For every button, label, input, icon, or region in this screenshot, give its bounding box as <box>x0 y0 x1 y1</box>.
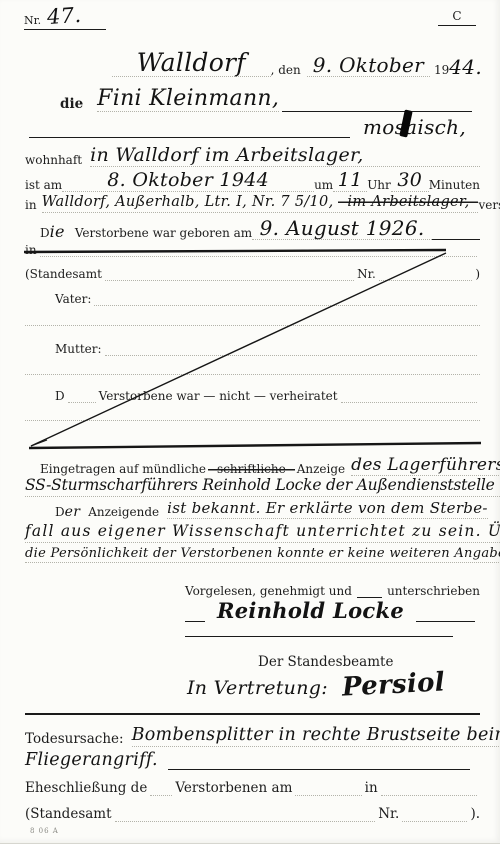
marriage-fill-2 <box>295 792 361 796</box>
registry-fill-2 <box>379 277 472 281</box>
father-row: Vater: <box>55 293 480 306</box>
mother-fill <box>105 352 477 356</box>
cause-handwritten-2: Fliegerangriff. <box>25 752 158 770</box>
marriage-fill-1 <box>150 792 172 796</box>
marital-status-line: D Verstorbene war — nicht — verheiratet <box>55 390 480 403</box>
corner-letter-text: C <box>452 9 461 23</box>
um-label: um <box>314 179 333 192</box>
death-place-line: in Walldorf, Außerhalb, Ltr. I, Nr. 7 5/… <box>25 195 480 213</box>
religion-entry: mosaisch, <box>353 117 476 138</box>
religion-line-rule <box>29 134 350 138</box>
mother-extra-line <box>25 374 480 375</box>
marital-d-printed: D <box>55 390 65 403</box>
registry-ref-line: (Standesamt Nr. ) <box>25 268 480 281</box>
unterschrieben-label: unterschrieben <box>387 585 480 598</box>
marriage-registry-line: (Standesamt Nr. ). <box>25 807 480 822</box>
father-extra-line <box>25 325 480 326</box>
sig-rule-left <box>185 618 205 622</box>
informant-statement-line-2: fall aus eigener Wissenschaft unterricht… <box>25 524 480 543</box>
in-label: in <box>25 199 37 212</box>
sig-rule-right <box>416 618 475 622</box>
anzeigende-d-printed: D <box>55 506 65 519</box>
geboren-label: Verstorbene war geboren am <box>75 227 252 240</box>
registrar-title-line: Der Standesbeamte <box>258 655 393 670</box>
registrar-signature-line: In Vertretung: Persiol <box>187 672 480 698</box>
religion-text: mosaisch, <box>363 115 466 139</box>
deceased-name-line: die Fini Kleinmann, <box>60 88 475 112</box>
death-place-handwritten: Walldorf, Außerhalb, Ltr. I, Nr. 7 5/10,… <box>42 195 479 213</box>
ist-am-label: ist am <box>25 179 62 192</box>
marriage-fill-3 <box>381 792 477 796</box>
registration-notice-line: Eingetragen auf mündliche schriftliche A… <box>40 457 480 476</box>
registry-fill-1 <box>105 277 354 281</box>
schriftliche-struck: schriftliche <box>208 463 295 476</box>
marital-fill-1 <box>68 399 96 403</box>
death-place-text: Walldorf, Außerhalb, Ltr. I, Nr. 7 5/10, <box>42 194 334 210</box>
informant-statement-line-3: die Persönlichkeit der Verstorbenen konn… <box>25 547 483 563</box>
marriage-in-label: in <box>365 781 378 796</box>
standesamt-label: (Standesamt <box>25 268 102 281</box>
corner-letter: C <box>438 10 476 26</box>
section-divider-rule <box>29 443 481 448</box>
eheschliessung-label: Eheschließung de <box>25 781 147 796</box>
article-die: die <box>60 97 83 112</box>
informant-name-handwritten: SS-Sturmscharführers Reinhold Locke der … <box>25 478 500 497</box>
form-code-text: 8 06 A <box>30 827 59 835</box>
death-time-line: ist am 8. Oktober 1944 um 11 Uhr 30 Minu… <box>25 171 480 192</box>
informant-signature-line: Reinhold Locke <box>185 600 475 622</box>
standesbeamte-title: Der Standesbeamte <box>258 655 393 670</box>
death-hour: 11 <box>333 171 367 192</box>
vorgelesen-label: Vorgelesen, genehmigt und <box>185 585 352 598</box>
death-minute: 30 <box>391 171 429 192</box>
mutter-label: Mutter: <box>55 343 102 356</box>
registry-nr-label: Nr. <box>357 268 376 281</box>
registrar-section-rule <box>185 636 453 637</box>
informant-role-handwritten: des Lagerführers <box>351 457 500 476</box>
certificate-number: Nr. 47. <box>24 6 106 30</box>
death-certificate-scan: Nr. 47. C Walldorf , den 9. Oktober 19 4… <box>0 0 500 844</box>
marriage-registry-fill-2 <box>402 818 467 822</box>
mother-row: Mutter: <box>55 343 480 356</box>
cause-handwritten-1: Bombensplitter in rechte Brustseite beim <box>132 727 500 747</box>
marital-extra-line <box>25 420 480 421</box>
anzeigende-label: Anzeigende <box>88 506 159 519</box>
form-code: 8 06 A <box>30 827 59 835</box>
religion-line: mosaisch, <box>26 117 476 138</box>
statement-handwritten-1: ist bekannt. Er erklärte von dem Sterbe- <box>167 501 488 519</box>
uhr-label: Uhr <box>367 179 391 192</box>
place-handwritten: Walldorf <box>112 50 271 77</box>
marriage-registry-fill-1 <box>115 818 376 822</box>
birth-date-handwritten: 9. August 1926. <box>252 218 432 240</box>
marriage-registry-close: ). <box>470 807 480 822</box>
informant-signature: Reinhold Locke <box>209 600 412 622</box>
verstorben-label: verstorben. <box>478 199 500 212</box>
death-date-handwritten: 8. Oktober 1944 <box>62 171 314 192</box>
strike-arrow-tick <box>31 440 47 446</box>
residence-handwritten: in Walldorf im Arbeitslager, <box>90 146 480 167</box>
approval-line: Vorgelesen, genehmigt und unterschrieben <box>185 585 480 598</box>
in-vertretung-handwritten: In Vertretung: <box>187 679 328 698</box>
registrar-signature: Persiol <box>341 669 445 700</box>
anzeigende-er-handwritten: er <box>65 505 81 519</box>
nr-label: Nr. <box>24 15 41 27</box>
d-printed: D <box>40 227 50 240</box>
birthplace-in-label: in <box>25 244 37 257</box>
ie-handwritten: ie <box>50 224 65 240</box>
death-place-struck: im Arbeitslager, <box>338 194 478 210</box>
marriage-line: Eheschließung de Verstorbenen am in <box>25 781 480 796</box>
birthplace-fill <box>40 253 477 257</box>
anzeige-label: Anzeige <box>297 463 345 476</box>
birthplace-line: in <box>25 244 480 257</box>
informant-name-line: SS-Sturmscharführers Reinhold Locke der … <box>25 478 483 497</box>
date-line: Walldorf , den 9. Oktober 19 44. <box>112 50 482 77</box>
father-fill <box>94 302 477 306</box>
cause-of-death-line-1: Todesursache: Bombensplitter in rechte B… <box>25 727 477 747</box>
todesursache-label: Todesursache: <box>25 732 124 747</box>
residence-line: wohnhaft in Walldorf im Arbeitslager, <box>25 146 480 167</box>
footer-section-rule <box>25 713 480 715</box>
wohnhaft-label: wohnhaft <box>25 154 82 167</box>
marriage-nr-label: Nr. <box>378 807 399 822</box>
statement-handwritten-2: fall aus eigener Wissenschaft unterricht… <box>25 524 500 543</box>
marital-text: Verstorbene war — nicht — verheiratet <box>99 390 338 403</box>
marital-fill-2 <box>341 399 477 403</box>
cause-of-death-line-2: Fliegerangriff. <box>25 752 470 770</box>
name-line-rule <box>282 108 472 112</box>
year-handwritten: 44. <box>449 57 482 77</box>
registry-close: ) <box>475 268 480 281</box>
nr-value: 47. <box>46 5 82 28</box>
birth-line-rule <box>432 236 480 240</box>
standesamt-2-label: (Standesamt <box>25 807 112 822</box>
date-handwritten: 9. Oktober <box>307 55 430 77</box>
minuten-label: Minuten <box>429 179 480 192</box>
verstorbenen-am-label: Verstorbenen am <box>175 781 292 796</box>
eingetragen-label: Eingetragen auf mündliche <box>40 463 206 476</box>
den-label: , den <box>271 64 301 77</box>
deceased-name: Fini Kleinmann, <box>97 88 279 112</box>
statement-handwritten-3: die Persönlichkeit der Verstorbenen konn… <box>25 547 500 563</box>
cause-line-rule <box>168 766 470 770</box>
informant-statement-line-1: D er Anzeigende ist bekannt. Er erklärte… <box>55 501 480 519</box>
year-printed: 19 <box>434 64 449 77</box>
vater-label: Vater: <box>55 293 91 306</box>
birth-date-line: D ie Verstorbene war geboren am 9. Augus… <box>40 218 480 240</box>
